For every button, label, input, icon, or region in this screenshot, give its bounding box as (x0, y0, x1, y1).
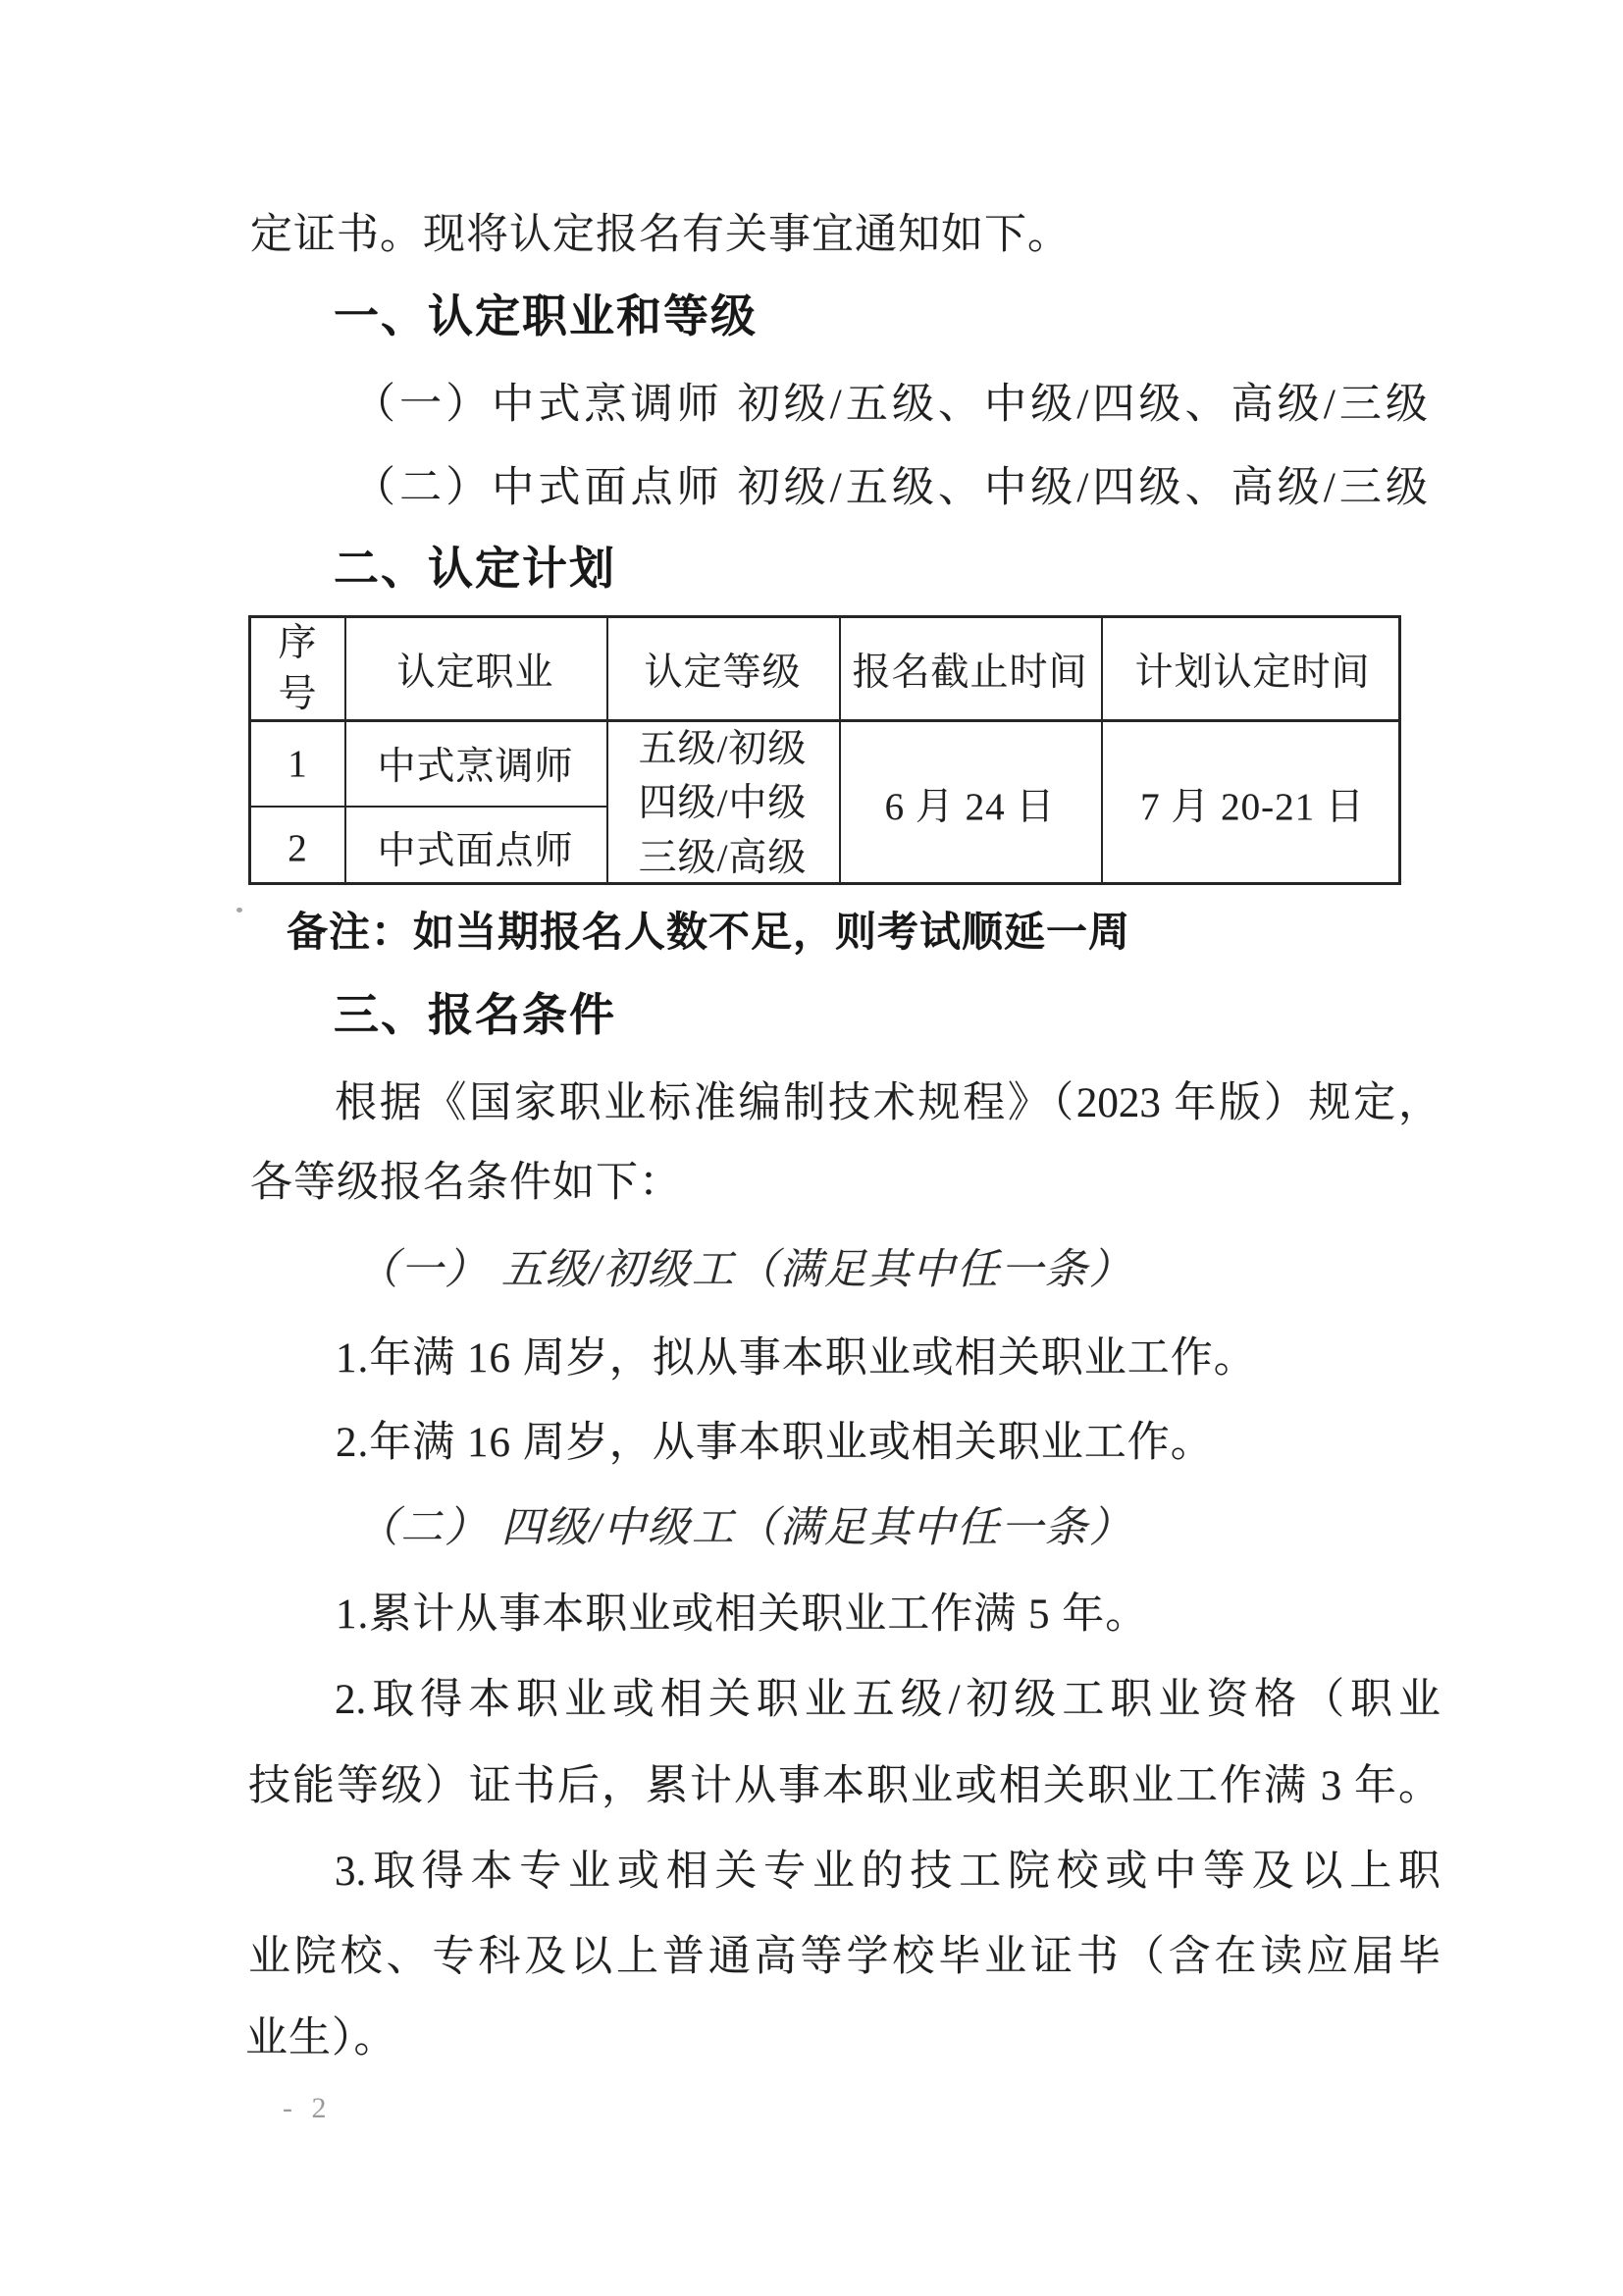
table-level-line1: 五级/初级 (639, 722, 808, 776)
section1-item1: （一）中式烹调师 初级/五级、中级/四级、高级/三级 (353, 381, 1428, 429)
table-row2-no: 2 (251, 808, 344, 888)
level5-heading: （一） 五级/初级工（满足其中任一条） (356, 1246, 1133, 1294)
table-row1-no: 1 (251, 721, 344, 806)
table-level-line2: 四级/中级 (639, 776, 808, 830)
table-level-merged-cell: 五级/初级 四级/中级 三级/高级 (606, 719, 839, 888)
basis-line2: 各等级报名条件如下： (250, 1159, 682, 1207)
table-header-job: 认定职业 (344, 618, 606, 719)
table-row2-job: 中式面点师 (344, 808, 606, 888)
section2-heading: 二、认定计划 (334, 543, 616, 595)
section1-heading: 一、认定职业和等级 (334, 290, 758, 342)
plan-table: 序 号 认定职业 认定等级 报名截止时间 计划认定时间 1 中式烹调师 2 中式… (248, 615, 1401, 885)
level5-item1: 1.年满 16 周岁，拟从事本职业或相关职业工作。 (336, 1334, 1257, 1383)
table-header-deadline: 报名截止时间 (839, 618, 1101, 719)
table-deadline-merged-cell: 6 月 24 日 (839, 719, 1101, 888)
page-number: - 2 (283, 2092, 333, 2125)
section1-item2: （二）中式面点师 初级/五级、中级/四级、高级/三级 (353, 464, 1428, 512)
table-note: 备注：如当期报名人数不足，则考试顺延一周 (287, 909, 1130, 956)
document-page: 定证书。现将认定报名有关事宜通知如下。 一、认定职业和等级 （一）中式烹调师 初… (0, 0, 1623, 2296)
level4-item1: 1.累计从事本职业或相关职业工作满 5 年。 (336, 1591, 1148, 1639)
table-header-seq: 序 号 (251, 618, 344, 719)
table-row1-job: 中式烹调师 (344, 721, 606, 806)
table-header-seq-line2: 号 (278, 669, 317, 719)
level4-item3-line2: 业院校、专科及以上普通高等学校毕业证书（含在读应届毕 (248, 1933, 1440, 1981)
section3-heading: 三、报名条件 (334, 989, 616, 1041)
level4-item2-line1: 2.取得本职业或相关职业五级/初级工职业资格（职业 (248, 1676, 1440, 1724)
table-plan-time-merged-cell: 7 月 20-21 日 (1101, 719, 1404, 888)
table-header-seq-line1: 序 (278, 618, 317, 668)
intro-line: 定证书。现将认定报名有关事宜通知如下。 (250, 211, 1071, 259)
table-header-level: 认定等级 (606, 618, 839, 719)
level4-item3-line3: 业生）。 (245, 2014, 397, 2062)
table-header-plan: 计划认定时间 (1101, 618, 1404, 719)
scan-speck (236, 908, 242, 913)
table-level-line3: 三级/高级 (639, 831, 808, 885)
level5-item2: 2.年满 16 周岁，从事本职业或相关职业工作。 (336, 1419, 1214, 1467)
level4-item3-line1: 3.取得本专业或相关专业的技工院校或中等及以上职 (248, 1848, 1440, 1896)
level4-item2-line2: 技能等级）证书后，累计从事本职业或相关职业工作满 3 年。 (248, 1762, 1440, 1810)
level4-heading: （二） 四级/中级工（满足其中任一条） (356, 1504, 1133, 1552)
basis-line1: 根据《国家职业标准编制技术规程》（2023 年版）规定， (248, 1079, 1440, 1127)
